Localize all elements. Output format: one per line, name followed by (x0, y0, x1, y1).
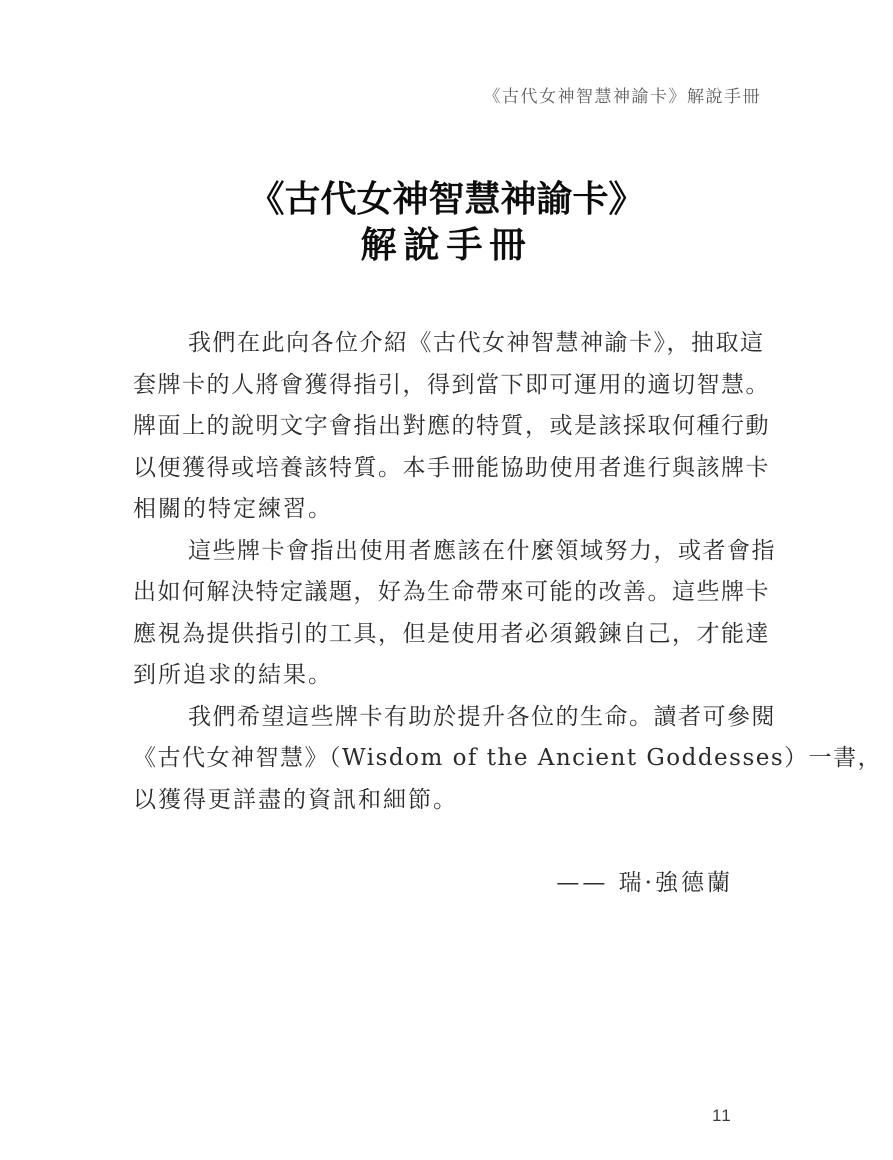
body-line: 相關的特定練習。 (133, 489, 762, 531)
author-signature: —— 瑞·強德蘭 (556, 864, 733, 897)
body-line: 到所追求的結果。 (133, 655, 762, 697)
running-header: 《古代女神智慧神諭卡》解說手冊 (484, 82, 762, 107)
body-text: 我們在此向各位介紹《古代女神智慧神諭卡》，抽取這套牌卡的人將會獲得指引，得到當下… (133, 323, 762, 821)
body-line: 《古代女神智慧》（Wisdom of the Ancient Goddesses… (133, 738, 762, 780)
page-title-line-2: 解說手冊 (132, 222, 761, 268)
body-line: 以便獲得或培養該特質。本手冊能協助使用者進行與該牌卡 (133, 448, 762, 490)
body-line: 牌面上的說明文字會指出對應的特質，或是該採取何種行動 (133, 406, 762, 448)
book-page: 《古代女神智慧神諭卡》解說手冊 《古代女神智慧神諭卡》 解說手冊 我們在此向各位… (0, 0, 893, 1160)
body-line: 應視為提供指引的工具，但是使用者必須鍛鍊自己，才能達 (133, 614, 762, 656)
body-line: 這些牌卡會指出使用者應該在什麼領域努力，或者會指 (133, 531, 762, 573)
body-line: 套牌卡的人將會獲得指引，得到當下即可運用的適切智慧。 (133, 365, 762, 407)
page-title: 《古代女神智慧神諭卡》 解說手冊 (132, 176, 761, 268)
body-line: 以獲得更詳盡的資訊和細節。 (133, 780, 762, 822)
body-line: 我們在此向各位介紹《古代女神智慧神諭卡》，抽取這 (133, 323, 762, 365)
page-number: 11 (712, 1106, 732, 1126)
body-line: 出如何解決特定議題，好為生命帶來可能的改善。這些牌卡 (133, 572, 762, 614)
page-title-line-1: 《古代女神智慧神諭卡》 (132, 176, 761, 222)
body-line: 我們希望這些牌卡有助於提升各位的生命。讀者可參閱 (133, 697, 762, 739)
